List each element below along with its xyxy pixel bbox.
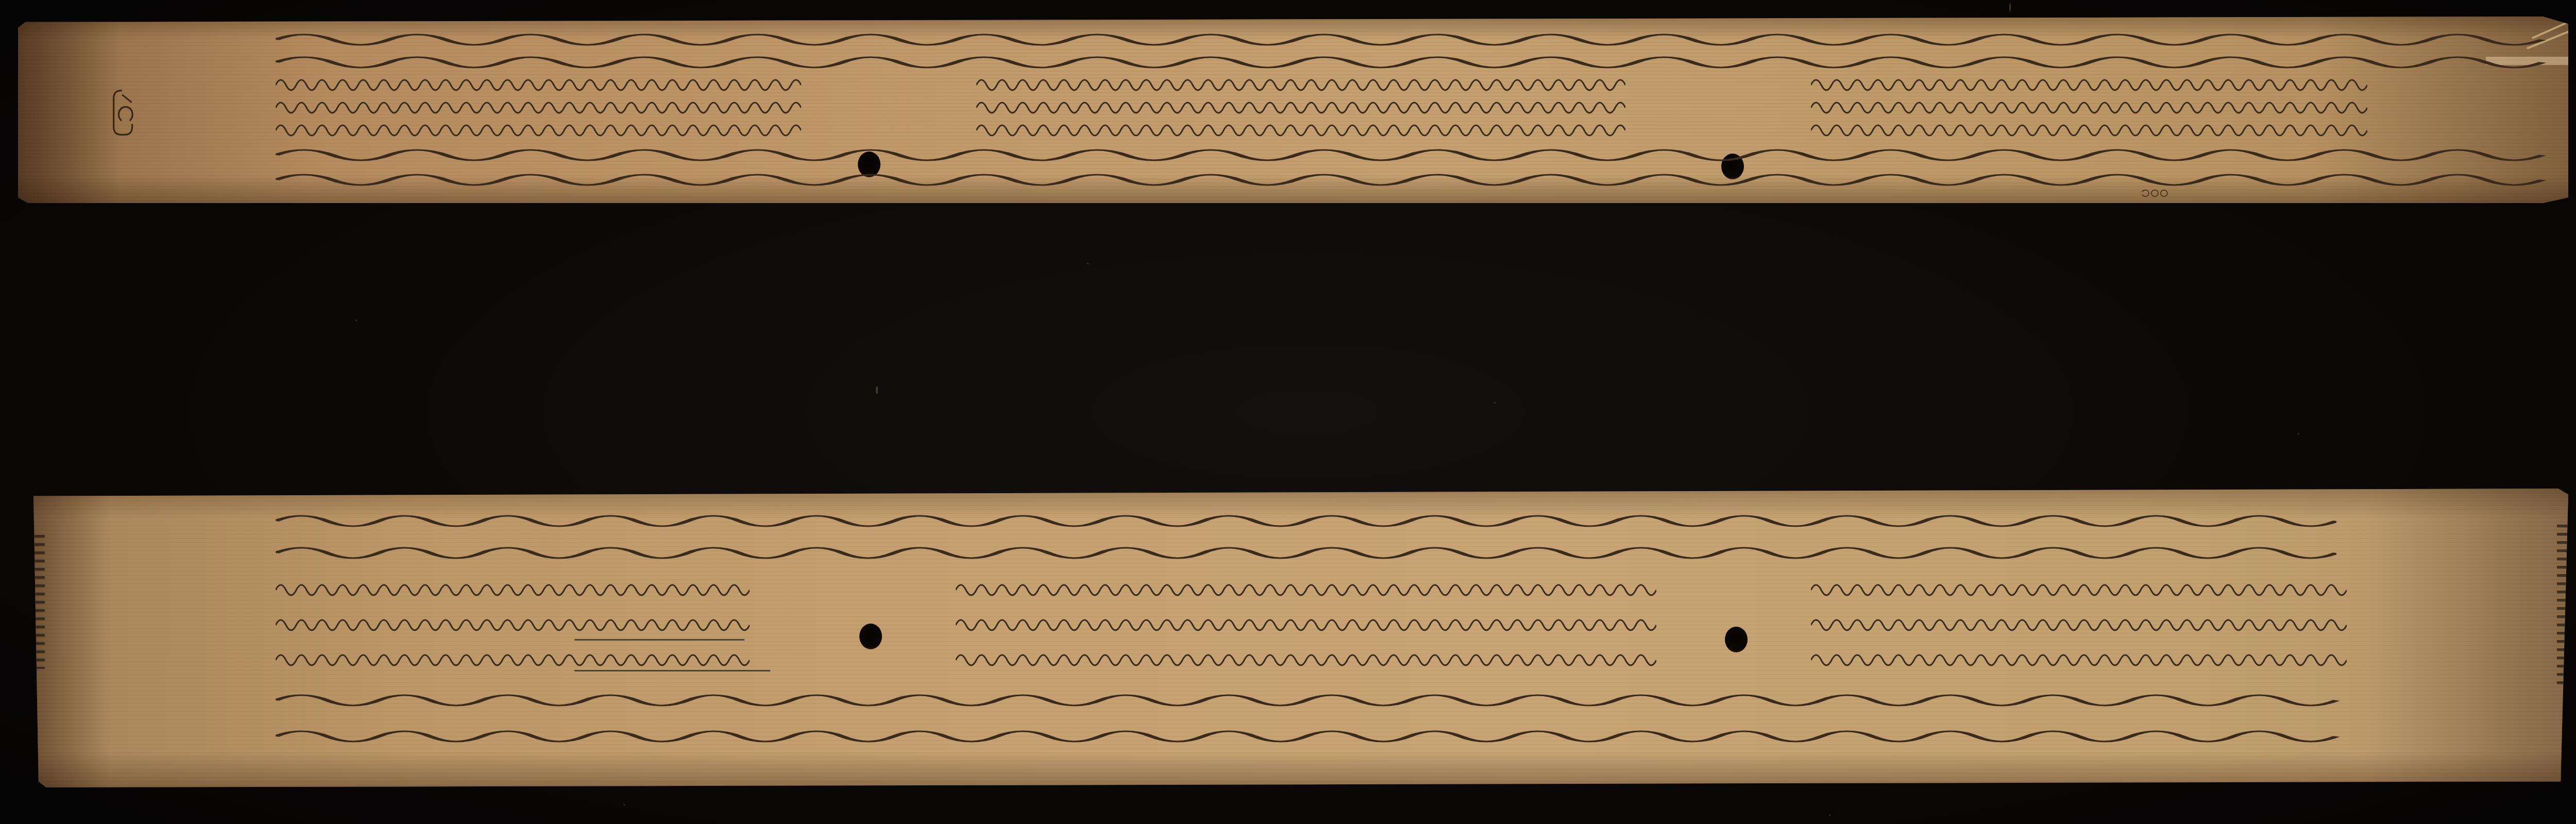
manuscript-line bbox=[276, 687, 2347, 708]
manuscript-line bbox=[1811, 95, 2367, 115]
lint-speck bbox=[1494, 402, 1496, 403]
manuscript-line bbox=[276, 142, 2568, 163]
manuscript-line bbox=[276, 167, 2568, 188]
palm-leaf-top: ဂြဲ ၁၀၀ bbox=[18, 16, 2568, 203]
manuscript-line bbox=[276, 577, 750, 598]
manuscript-line bbox=[976, 117, 1625, 138]
folio-marker: ဂြဲ bbox=[111, 94, 135, 127]
lint-speck bbox=[623, 804, 625, 805]
manuscript-line bbox=[976, 72, 1625, 93]
manuscript-line bbox=[1811, 577, 2347, 598]
lint-speck bbox=[1087, 263, 1089, 264]
lint-speck bbox=[1829, 814, 1831, 816]
manuscript-line bbox=[1811, 117, 2367, 138]
page-numeral: ၁၀၀ bbox=[2141, 180, 2168, 203]
palm-leaf-bottom bbox=[33, 489, 2568, 787]
string-hole-left bbox=[859, 624, 882, 649]
lint-speck bbox=[2009, 3, 2011, 12]
manuscript-line bbox=[276, 72, 801, 93]
lint-speck bbox=[355, 319, 357, 321]
manuscript-line bbox=[1811, 612, 2347, 633]
lint-speck bbox=[876, 386, 878, 394]
manuscript-line bbox=[276, 95, 801, 115]
underline-stroke bbox=[574, 639, 744, 641]
manuscript-line bbox=[276, 724, 2347, 744]
manuscript-line bbox=[956, 612, 1656, 633]
manuscript-line bbox=[276, 49, 2568, 70]
lint-speck bbox=[2298, 433, 2299, 434]
manuscript-line bbox=[276, 508, 2336, 529]
manuscript-line bbox=[1811, 72, 2367, 93]
underline-stroke bbox=[574, 670, 770, 671]
string-hole-right bbox=[1725, 627, 1748, 652]
manuscript-line bbox=[956, 647, 1656, 668]
manuscript-line bbox=[276, 27, 2568, 47]
manuscript-line bbox=[276, 612, 750, 633]
manuscript-line bbox=[276, 117, 801, 138]
manuscript-line bbox=[976, 95, 1625, 115]
manuscript-line bbox=[1811, 647, 2347, 668]
manuscript-line bbox=[276, 647, 750, 668]
manuscript-line bbox=[276, 540, 2336, 561]
manuscript-line bbox=[956, 577, 1656, 598]
